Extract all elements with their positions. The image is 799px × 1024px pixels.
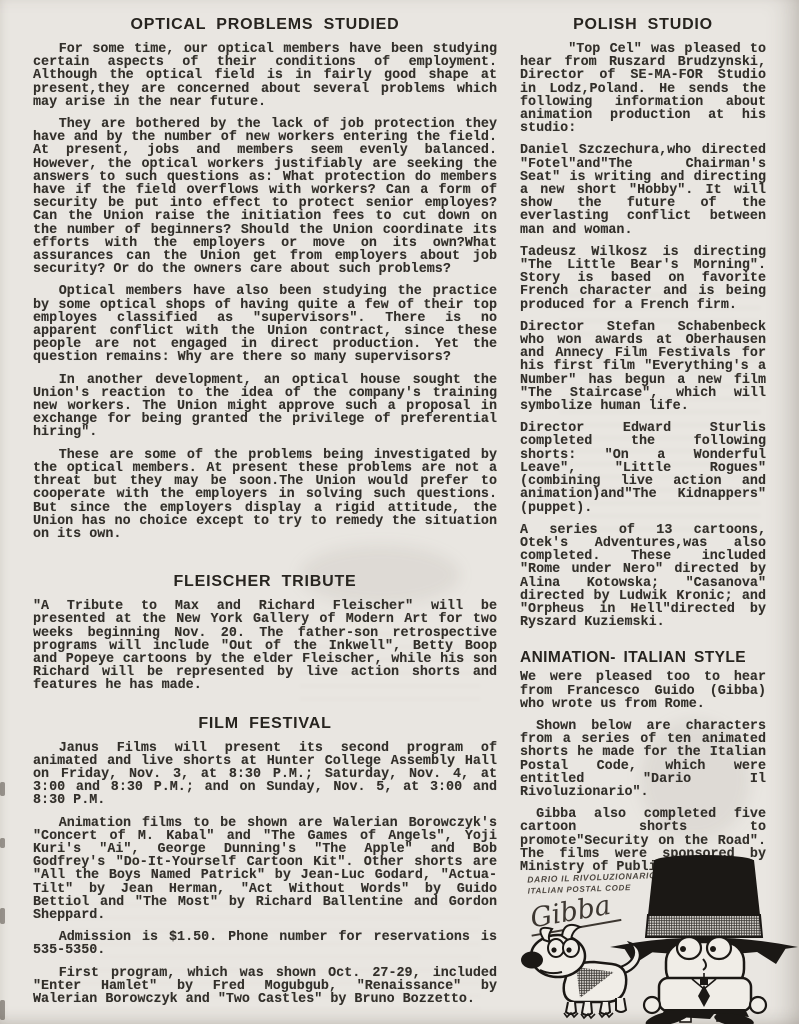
section-heading-optical: OPTICAL PROBLEMS STUDIED <box>33 16 497 34</box>
section-heading-polish: POLISH STUDIO <box>520 16 766 34</box>
man-in-top-hat-icon <box>610 855 798 1024</box>
paragraph: Animation films to be shown are Walerian… <box>33 817 497 923</box>
paragraph: Admission is $1.50. Phone number for res… <box>33 931 497 957</box>
paragraph: "Top Cel" was pleased to hear from Rusza… <box>520 43 766 135</box>
left-column: OPTICAL PROBLEMS STUDIED For some time, … <box>33 12 497 1006</box>
newsletter-page: OPTICAL PROBLEMS STUDIED For some time, … <box>0 0 799 1024</box>
scan-edge-mark <box>0 782 5 796</box>
paragraph: For some time, our optical members have … <box>33 43 497 109</box>
paragraph: A series of 13 cartoons, Otek's Adventur… <box>520 524 766 630</box>
paragraph: Daniel Szczechura,who directed "Fotel"an… <box>520 144 766 236</box>
paragraph: We were pleased too to hear from Frances… <box>520 671 766 711</box>
scan-edge-mark <box>0 908 5 924</box>
paragraph: Director Edward Sturlis completed the fo… <box>520 422 766 514</box>
section-heading-festival: FILM FESTIVAL <box>33 715 497 733</box>
paragraph: Shown below are characters from a series… <box>520 720 766 799</box>
cartoon-dog-icon <box>521 925 640 1018</box>
scan-edge-mark <box>0 1000 5 1020</box>
paragraph: Janus Films will present its second prog… <box>33 742 497 808</box>
cartoon-illustration <box>518 852 798 1024</box>
scan-edge-mark <box>0 838 5 848</box>
section-heading-fleischer: FLEISCHER TRIBUTE <box>33 573 497 591</box>
paragraph: First program, which was shown Oct. 27-2… <box>33 967 497 1007</box>
paragraph: In another development, an optical house… <box>33 374 497 440</box>
paragraph: Director Stefan Schabenbeck who won awar… <box>520 321 766 413</box>
paragraph: Tadeusz Wilkosz is directing "The Little… <box>520 246 766 312</box>
right-column: POLISH STUDIO "Top Cel" was pleased to h… <box>520 12 766 874</box>
section-heading-italian: ANIMATION- ITALIAN STYLE <box>520 649 766 667</box>
paragraph: These are some of the problems being inv… <box>33 449 497 541</box>
paragraph: "A Tribute to Max and Richard Fleischer"… <box>33 600 497 692</box>
paragraph: Optical members have also been studying … <box>33 285 497 364</box>
paragraph: They are bothered by the lack of job pro… <box>33 118 497 276</box>
